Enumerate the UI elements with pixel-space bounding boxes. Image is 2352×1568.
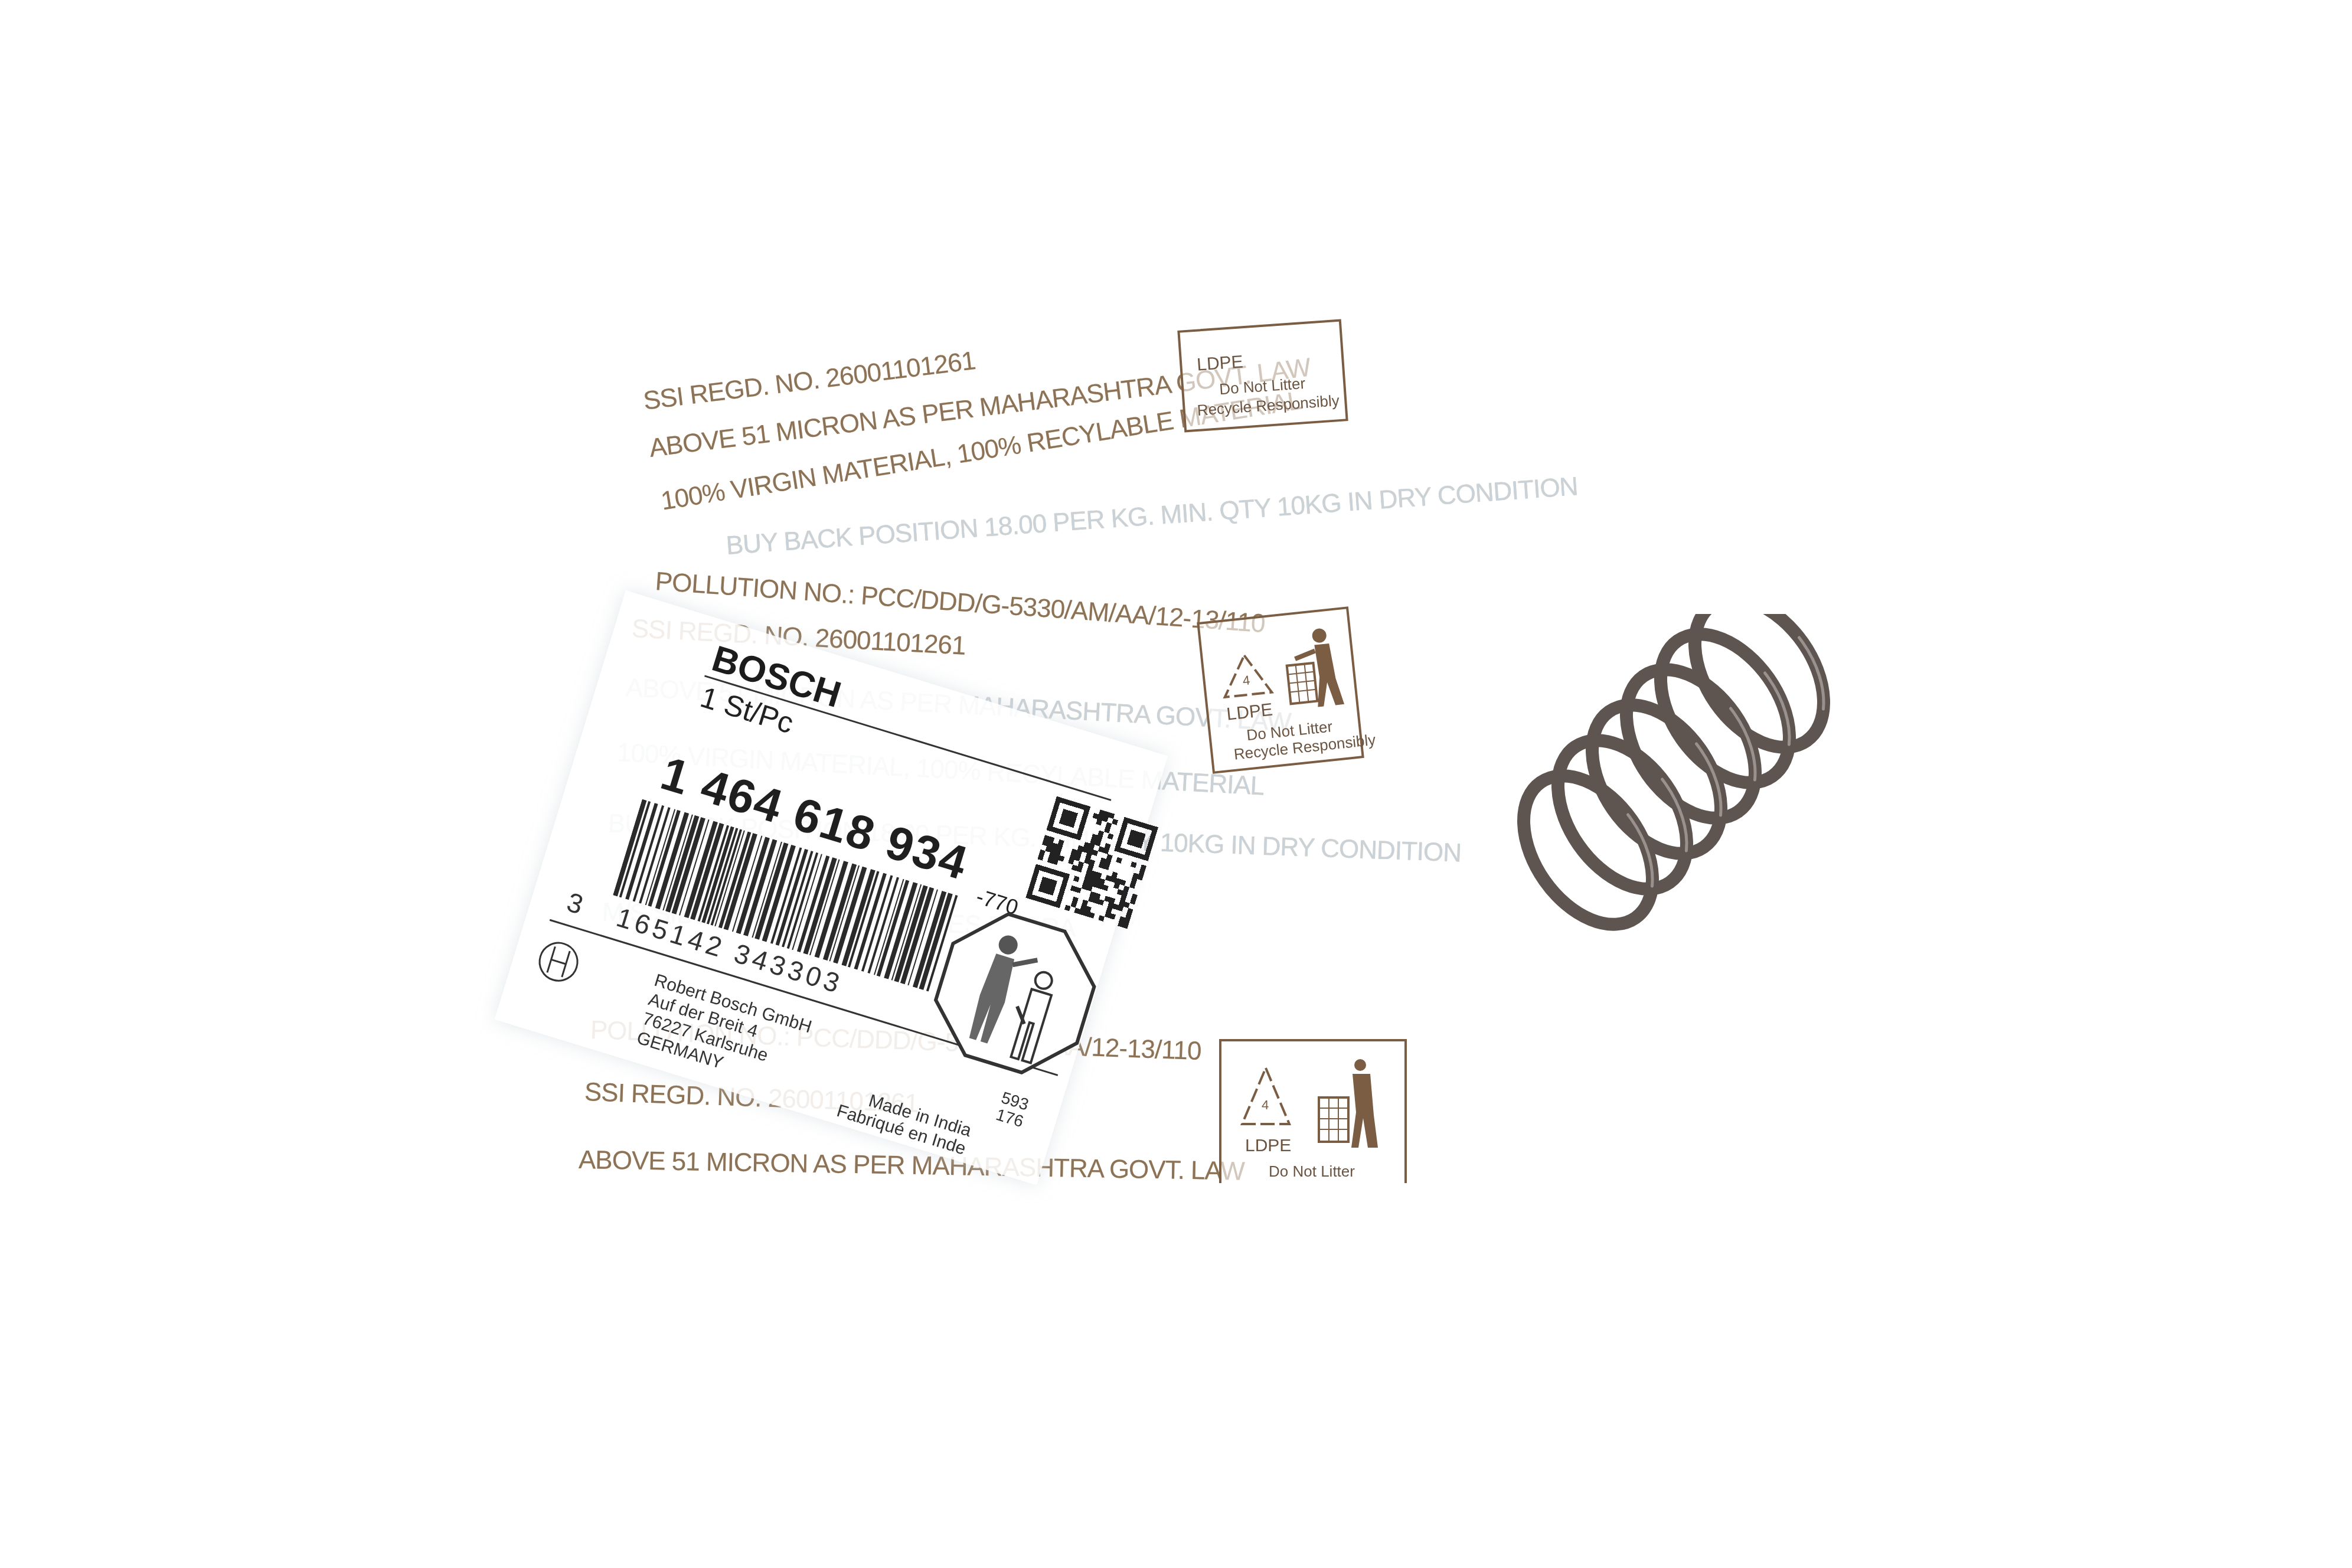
bag-print-line: ABOVE 51 MICRON AS PER MAHARASHTRA GOVT.… bbox=[579, 1145, 1245, 1187]
ean-prefix: 3 bbox=[563, 886, 590, 921]
ldpe-label: LDPE bbox=[1196, 352, 1244, 375]
recycle-triangle-icon: 4 bbox=[1239, 1065, 1292, 1130]
recycle-text: Recycle Responsibly bbox=[1197, 391, 1340, 420]
svg-text:4: 4 bbox=[1242, 672, 1251, 688]
product-photo: SSI REGD. NO. 26001101261 ABOVE 51 MICRO… bbox=[0, 0, 2352, 1568]
batch-codes: 593 176 bbox=[994, 1089, 1031, 1131]
recycle-triangle-icon: 4 bbox=[1217, 649, 1275, 702]
ldpe-label: LDPE bbox=[1226, 700, 1273, 725]
bosch-armature-logo-icon bbox=[533, 936, 584, 987]
coil-spring bbox=[1511, 614, 1830, 945]
recycle-box: LDPE Do Not Litter Recycle Responsibly bbox=[1177, 319, 1348, 433]
svg-text:4: 4 bbox=[1262, 1097, 1269, 1112]
do-not-litter-text: Do Not Litter bbox=[1269, 1162, 1355, 1181]
recycle-box: 4 LDPE Do Not Litter bbox=[1219, 1039, 1407, 1183]
person-trash-bin-icon bbox=[1280, 622, 1348, 716]
recycle-box: 4 LDPE Do Not Litter Recycle Responsibly bbox=[1197, 606, 1364, 774]
person-trash-bin-icon bbox=[1316, 1056, 1381, 1151]
ldpe-label: LDPE bbox=[1245, 1136, 1291, 1156]
